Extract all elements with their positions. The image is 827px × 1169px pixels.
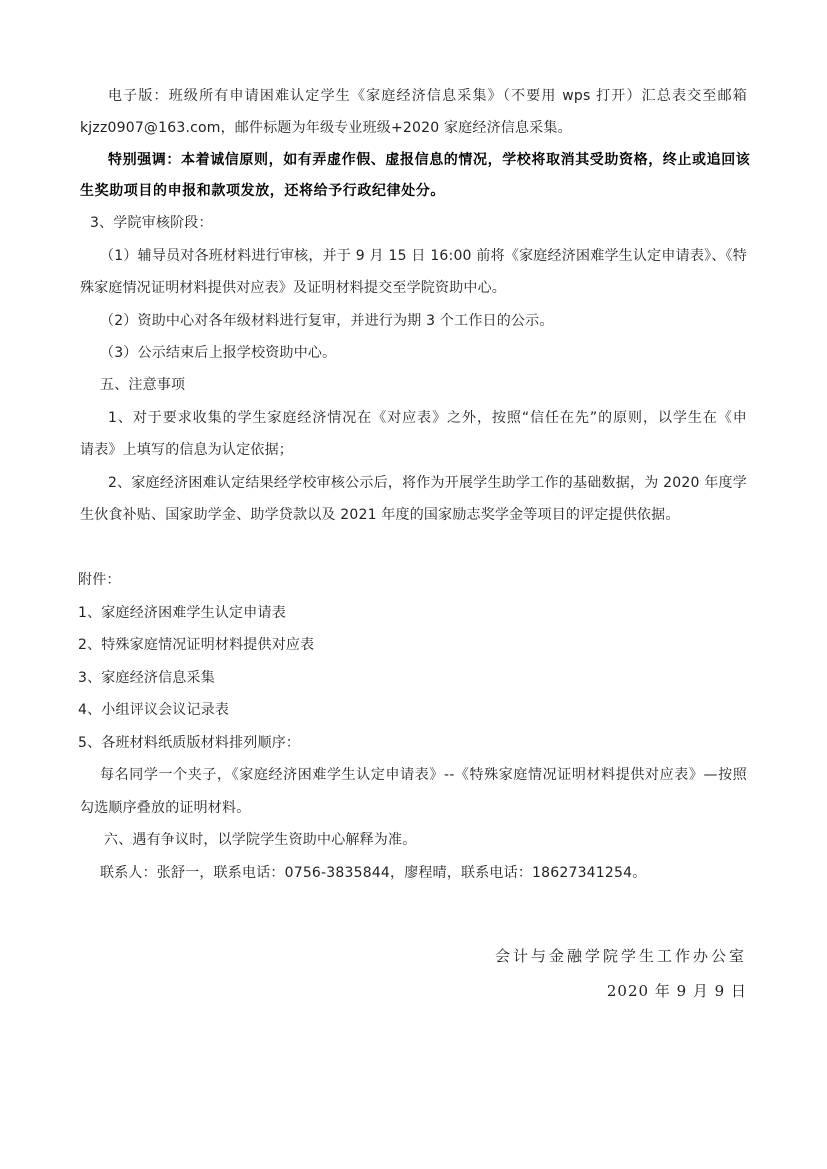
- note2-line-2: 生伙食补贴、国家助学金、助学贷款以及 2021 年度的国家励志奖学金等项目的评定…: [80, 505, 747, 525]
- attachment-item: 1、家庭经济困难学生认定申请表: [78, 603, 745, 623]
- note1-line-1: 1、对于要求收集的学生家庭经济情况在《对应表》之外，按照“信任在先”的原则，以学…: [80, 408, 747, 428]
- order-note-line-2: 勾选顺序叠放的证明材料。: [80, 798, 747, 818]
- step3: （3）公示结束后上报学校资助中心。: [80, 343, 767, 363]
- attachment-item: 2、特殊家庭情况证明材料提供对应表: [78, 635, 745, 655]
- order-note-line-1: 每名同学一个夹子，《家庭经济困难学生认定申请表》--《特殊家庭情况证明材料提供对…: [80, 765, 747, 785]
- paragraph-electronic-line-2: kjzz0907@163.com，邮件标题为年级专业班级+2020 家庭经济信息…: [80, 118, 747, 138]
- signature-office: 会计与金融学院学生工作办公室: [495, 945, 747, 966]
- attachment-item: 3、家庭经济信息采集: [78, 668, 745, 688]
- stage3-heading: 3、学院审核阶段：: [80, 213, 757, 233]
- contact-info: 联系人：张舒一，联系电话：0756-3835844，廖程晴，联系电话：18627…: [80, 863, 767, 883]
- paragraph-electronic-line-1: 电子版：班级所有申请困难认定学生《家庭经济信息采集》（不要用 wps 打开）汇总…: [80, 86, 747, 106]
- step1-line-2: 殊家庭情况证明材料提供对应表》及证明材料提交至学院资助中心。: [80, 278, 747, 298]
- attachments-heading: 附件：: [78, 570, 745, 590]
- note2-line-1: 2、家庭经济困难认定结果经学校审核公示后，将作为开展学生助学工作的基础数据，为 …: [80, 473, 747, 493]
- signature-date: 2020 年 9 月 9 日: [607, 980, 747, 1001]
- emphasis-line-1: 特别强调：本着诚信原则，如有弄虚作假、虚报信息的情况，学校将取消其受助资格，终止…: [80, 150, 747, 170]
- attachment-item: 4、小组评议会议记录表: [78, 700, 745, 720]
- step2: （2）资助中心对各年级材料进行复审，并进行为期 3 个工作日的公示。: [80, 311, 767, 331]
- attachment-item: 5、各班材料纸质版材料排列顺序：: [78, 733, 745, 753]
- section6: 六、遇有争议时，以学院学生资助中心解释为准。: [80, 830, 771, 850]
- emphasis-line-2: 生奖助项目的申报和款项发放，还将给予行政纪律处分。: [80, 181, 747, 201]
- step1-line-1: （1）辅导员对各班材料进行审核，并于 9 月 15 日 16:00 前将《家庭经…: [80, 246, 747, 266]
- note1-line-2: 请表》上填写的信息为认定依据；: [80, 440, 747, 460]
- section5-heading: 五、注意事项: [80, 375, 767, 395]
